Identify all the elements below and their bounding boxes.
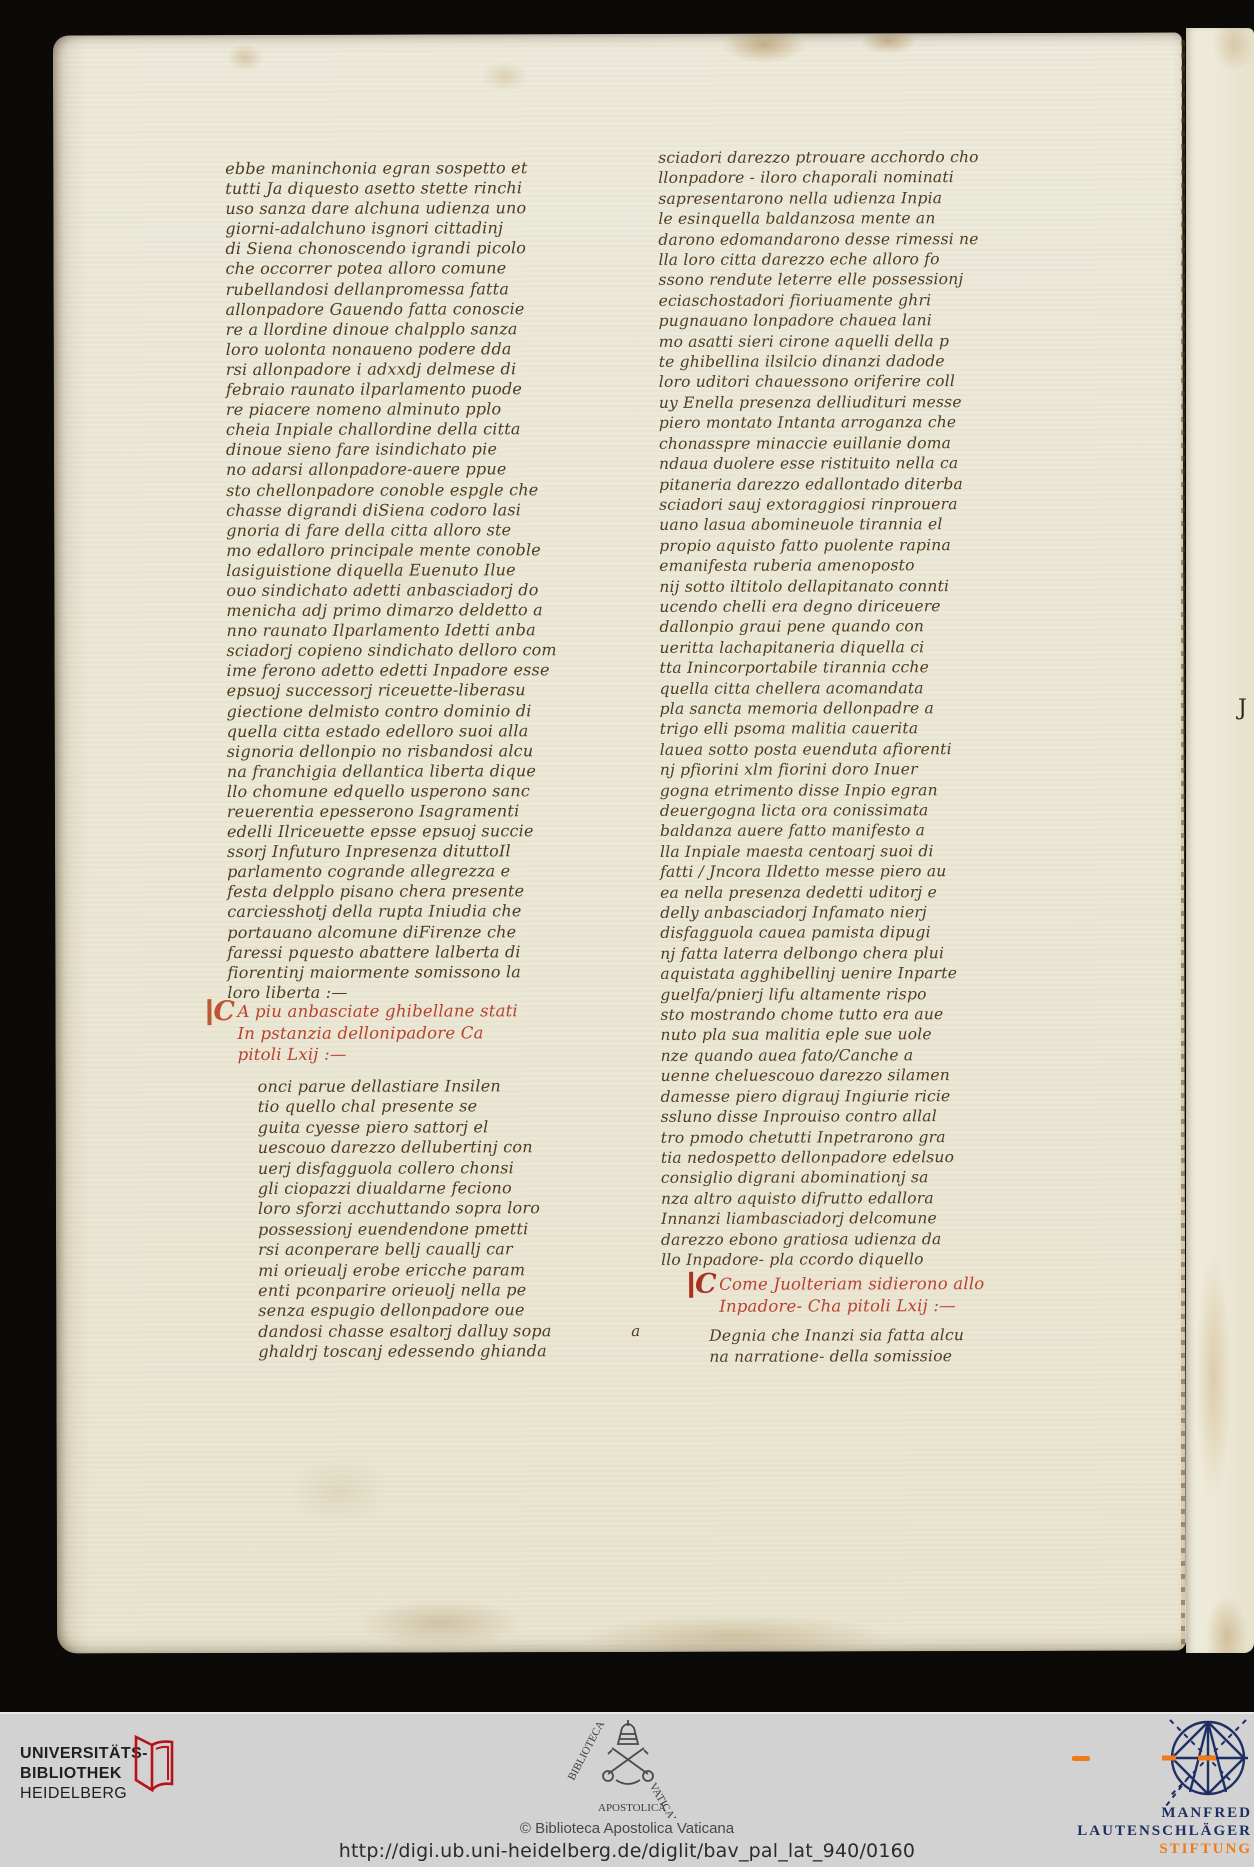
manuscript-line: nza altro aquisto difrutto edallora <box>661 1188 982 1209</box>
manuscript-page: ebbe maninchonia egran sospetto ettutti … <box>53 33 1186 1654</box>
manuscript-line: tro pmodo chetutti Inpetrarono gra <box>661 1127 982 1148</box>
manuscript-line: disfagguola cauea pamista dipugi <box>660 922 981 943</box>
left-column-text: ebbe maninchonia egran sospetto ettutti … <box>225 158 558 1003</box>
manuscript-line: na franchigia dellantica liberta dique <box>227 761 557 782</box>
stiftung-dash-icon <box>1072 1756 1090 1761</box>
rubric-line: Come Juolteriam sidierono allo <box>719 1273 984 1295</box>
manuscript-line: mo asatti sieri cirone aquelli della p <box>659 331 980 352</box>
manuscript-line: loro sforzi acchuttando sopra loro <box>258 1199 551 1220</box>
manuscript-line: le esinquella baldanzosa mente an <box>658 208 979 229</box>
manuscript-line: Degnia che Inanzi sia fatta alcu <box>709 1325 964 1347</box>
manuscript-line: ssorj Infuturo Inpresenza dituttoIl <box>227 841 557 862</box>
manuscript-line: ebbe maninchonia egran sospetto et <box>225 158 555 179</box>
rubric-paragraph-mark: C <box>207 999 235 1025</box>
left-rubric: C A piu anbasciate ghibellane statiIn ps… <box>237 1000 518 1065</box>
emblem-text-left: BIBLIOTECA <box>566 1719 607 1782</box>
manuscript-line: chasse digrandi diSiena codoro lasi <box>226 500 556 521</box>
manuscript-line: mo edalloro principale mente conoble <box>226 540 556 561</box>
manuscript-line: llonpadore - iloro chaporali nominati <box>658 167 979 188</box>
footer-bar: UNIVERSITÄTS- BIBLIOTHEK HEIDELBERG <box>0 1712 1254 1867</box>
manuscript-line: cheia Inpiale challordine della citta <box>226 419 556 440</box>
manuscript-line: uy Enella presenza delliudituri messe <box>659 392 980 413</box>
manuscript-line: sto mostrando chome tutto era aue <box>660 1004 981 1025</box>
manuscript-line: llo chomune edquello usperono sanc <box>227 781 557 802</box>
manuscript-line: pugnauano lonpadore chauea lani <box>659 310 980 331</box>
manuscript-line: tta Inincorportabile tirannia cche <box>660 657 981 678</box>
manuscript-line: sciadori sauj extoraggiosi rinprouera <box>659 494 980 515</box>
manuscript-line: uano lasua abomineuole tirannia el <box>659 514 980 535</box>
manuscript-line: lauea sotto posta euenduta afiorenti <box>660 739 981 760</box>
rubric-line: Inpadore- Cha pitoli Lxij :— <box>719 1295 984 1317</box>
emblem-text-bottom: APOSTOLICA <box>598 1802 666 1814</box>
manuscript-line: reuerentia epesserono Isagramenti <box>227 801 557 822</box>
manuscript-line: ucendo chelli era degno diriceuere <box>659 596 980 617</box>
manuscript-line: ssluno disse Inprouiso contro allal <box>661 1106 982 1127</box>
manuscript-line: trigo elli psoma malitia cauerita <box>660 718 981 739</box>
rubric-line: pitoli Lxij :— <box>238 1043 519 1065</box>
left-column-paragraph: onci parue dellastiare Insilentio quello… <box>258 1076 552 1362</box>
manuscript-line: di Siena chonoscendo igrandi picolo <box>225 239 555 260</box>
manuscript-line: emanifesta ruberia amenoposto <box>659 555 980 576</box>
manuscript-line: deuergogna licta ora conissimata <box>660 800 981 821</box>
manuscript-line: portauano alcomune diFirenze che <box>227 922 557 943</box>
manuscript-line: ime ferono adetto edetti Inpadore esse <box>227 661 557 682</box>
open-book-icon <box>128 1732 180 1801</box>
manuscript-line: rsi allonpadore i adxxdj delmese di <box>226 359 556 380</box>
facing-page-ink-mark: J <box>1238 696 1247 721</box>
vatican-library-emblem-icon: BIBLIOTECA APOSTOLICA VATICANA <box>560 1718 696 1823</box>
gutter-mark: a <box>631 1322 640 1340</box>
facing-page-edge: J <box>1186 28 1254 1653</box>
manuscript-line: dinoue sieno fare isindichato pie <box>226 439 556 460</box>
manuscript-line: eciaschostadori fioriuamente ghri <box>659 290 980 311</box>
manuscript-line: pitaneria darezzo edallontado diterba <box>659 474 980 495</box>
manuscript-line: nuto pla sua malitia eple sue uole <box>660 1025 981 1046</box>
right-rubric: C Come Juolteriam sidierono alloInpadore… <box>719 1273 984 1317</box>
manuscript-line: uenne cheluescouo darezzo silamen <box>661 1065 982 1086</box>
manuscript-line: edelli Ilriceuette epsse epsuoj succie <box>227 821 557 842</box>
manuscript-line: enti pconparire orieuolj nella pe <box>258 1280 551 1301</box>
manuscript-line: ueritta lachapitaneria diquella ci <box>659 637 980 658</box>
manuscript-line: ea nella presenza dedetti uditorj e <box>660 882 981 903</box>
stiftung-globe-icon <box>1160 1716 1252 1813</box>
manuscript-line: tio quello chal presente se <box>258 1097 551 1118</box>
manuscript-line: dandosi chasse esaltorj dalluy sopa <box>258 1321 551 1342</box>
manuscript-line: darono edomandarono desse rimessi ne <box>658 229 979 250</box>
manuscript-line: rubellandosi dellanpromessa fatta <box>226 279 556 300</box>
manuscript-line: signoria dellonpio no risbandosi alcu <box>227 741 557 762</box>
manuscript-line: Innanzi liambasciadorj delcomune <box>661 1208 982 1229</box>
manuscript-line: sapresentarono nella udienza Inpia <box>658 188 979 209</box>
manuscript-line: aquistata agghibellinj uenire Inparte <box>660 963 981 984</box>
right-column-text: sciadori darezzo ptrouare acchordo choll… <box>658 147 981 1270</box>
manuscript-line: chonasspre minaccie euillanie doma <box>659 433 980 454</box>
manuscript-line: gli ciopazzi diualdarne feciono <box>258 1178 551 1199</box>
manuscript-line: uerj disfagguola collero chonsi <box>258 1158 551 1179</box>
manuscript-line: epsuoj successorj riceuette-liberasu <box>227 681 557 702</box>
manuscript-line: no adarsi allonpadore-auere ppue <box>226 460 556 481</box>
manuscript-line: uescouo darezzo dellubertinj con <box>258 1137 551 1158</box>
manuscript-line: festa delpplo pisano chera presente <box>227 882 557 903</box>
manuscript-line: gnoria di fare della citta alloro ste <box>226 520 556 541</box>
rubric-line: In pstanzia dellonipadore Ca <box>237 1022 518 1044</box>
manuscript-line: sciadorj copieno sindichato delloro com <box>226 640 556 661</box>
manuscript-line: giorni-adalchuno isgnori cittadinj <box>225 218 555 239</box>
manuscript-line: tia nedospetto dellonpadore edelsuo <box>661 1147 982 1168</box>
manuscript-line: guelfa/pnierj lifu altamente rispo <box>660 984 981 1005</box>
manuscript-line: faressi pquesto abattere lalberta di <box>227 942 557 963</box>
right-column-closing: Degnia che Inanzi sia fatta alcuna narra… <box>709 1325 964 1368</box>
stiftung-line1: MANFRED <box>996 1804 1252 1822</box>
manuscript-line: lla Inpiale maesta centoarj suoi di <box>660 841 981 862</box>
manuscript-line: giectione delmisto contro dominio di <box>227 701 557 722</box>
manuscript-line: tutti Ja diquesto asetto stette rinchi <box>225 178 555 199</box>
manuscript-line: guita cyesse piero sattorj el <box>258 1117 551 1138</box>
manuscript-line: gogna etrimento disse Inpio egran <box>660 780 981 801</box>
manuscript-line: consiglio digrani abominationj sa <box>661 1167 982 1188</box>
manuscript-line: fiorentinj maiormente somissono la <box>227 962 557 983</box>
rubric-line: A piu anbasciate ghibellane stati <box>237 1000 518 1022</box>
manuscript-line: uso sanza dare alchuna udienza uno <box>225 198 555 219</box>
manuscript-line: ghaldrj toscanj edessendo ghianda <box>258 1341 551 1362</box>
manuscript-line: nze quando auea fato/Canche a <box>661 1045 982 1066</box>
manuscript-line: darezzo ebono gratiosa udienza da <box>661 1229 982 1250</box>
manuscript-line: na narratione- della somissioe <box>709 1346 964 1368</box>
manuscript-line: loro uolonta nonaueno podere dda <box>226 339 556 360</box>
manuscript-line: che occorrer potea alloro comune <box>225 259 555 280</box>
manuscript-line: delly anbasciadorj Infamato nierj <box>660 902 981 923</box>
manuscript-line: re a llordine dinoue chalpplo sanza <box>226 319 556 340</box>
manuscript-line: allonpadore Gauendo fatta conoscie <box>226 299 556 320</box>
left-column: ebbe maninchonia egran sospetto ettutti … <box>213 34 617 1653</box>
manuscript-line: propio aquisto fatto puolente rapina <box>659 535 980 556</box>
manuscript-line: piero montato Intanta arroganza che <box>659 412 980 433</box>
manuscript-line: possessionj euendendone pmetti <box>258 1219 551 1240</box>
manuscript-line: damesse piero digrauj Ingiurie ricie <box>661 1086 982 1107</box>
rubric-paragraph-mark: C <box>689 1272 717 1298</box>
manuscript-line: nj pfiorini xlm fiorini doro Inuer <box>660 759 981 780</box>
manuscript-line: parlamento cogrande allegrezza e <box>227 861 557 882</box>
manuscript-line: llo Inpadore- pla ccordo diquello <box>661 1249 982 1270</box>
manuscript-line: sciadori darezzo ptrouare acchordo cho <box>658 147 979 168</box>
manuscript-line: nj fatta laterra delbongo chera plui <box>660 943 981 964</box>
manuscript-line: nno raunato Ilparlamento Idetti anba <box>226 620 556 641</box>
manuscript-line: mi orieualj erobe ericche param <box>258 1260 551 1281</box>
manuscript-line: dallonpio graui pene quando con <box>659 616 980 637</box>
manuscript-line: baldanza auere fatto manifesto a <box>660 820 981 841</box>
gutter-crease <box>1181 40 1185 1646</box>
stiftung-line2: LAUTENSCHLÄGER <box>996 1822 1252 1840</box>
manuscript-line: nij sotto iltitolo dellapitanato connti <box>659 576 980 597</box>
manuscript-line: ndaua duolere esse ristituito nella ca <box>659 453 980 474</box>
stiftung-line3: STIFTUNG <box>996 1840 1252 1858</box>
manuscript-line: quella citta estado edelloro suoi alla <box>227 721 557 742</box>
manuscript-line: ssono rendute leterre elle possessionj <box>659 269 980 290</box>
manuscript-line: carciesshotj della rupta Iniudia che <box>227 902 557 923</box>
manuscript-line: loro uditori chauessono oriferire coll <box>659 372 980 393</box>
manuscript-line: sto chellonpadore conoble espgle che <box>226 480 556 501</box>
manuscript-line: lasiguistione diquella Euenuto Ilue <box>226 560 556 581</box>
manuscript-line: onci parue dellastiare Insilen <box>258 1076 551 1097</box>
right-column: sciadori darezzo ptrouare acchordo choll… <box>658 33 1062 1652</box>
manuscript-line: ouo sindichato adetti anbasciadorj do <box>226 580 556 601</box>
manuscript-line: menicha adj primo dimarzo deldetto a <box>226 600 556 621</box>
manuscript-line: febraio raunato ilparlamento puode <box>226 379 556 400</box>
manuscript-line: pla sancta memoria dellonpadre a <box>660 698 981 719</box>
stiftung-logo-text: MANFRED LAUTENSCHLÄGER STIFTUNG <box>996 1804 1252 1858</box>
manuscript-line: te ghibellina ilsilcio dinanzi dadode <box>659 351 980 372</box>
manuscript-line: quella citta chellera acomandata <box>660 678 981 699</box>
manuscript-line: re piacere nomeno alminuto pplo <box>226 399 556 420</box>
manuscript-line: lla loro citta darezzo eche alloro fo <box>658 249 979 270</box>
manuscript-line: senza espugio dellonpadore oue <box>258 1301 551 1322</box>
manuscript-line: rsi aconperare bellj cauallj car <box>258 1239 551 1260</box>
manuscript-line: fatti / Jncora Ildetto messe piero au <box>660 861 981 882</box>
